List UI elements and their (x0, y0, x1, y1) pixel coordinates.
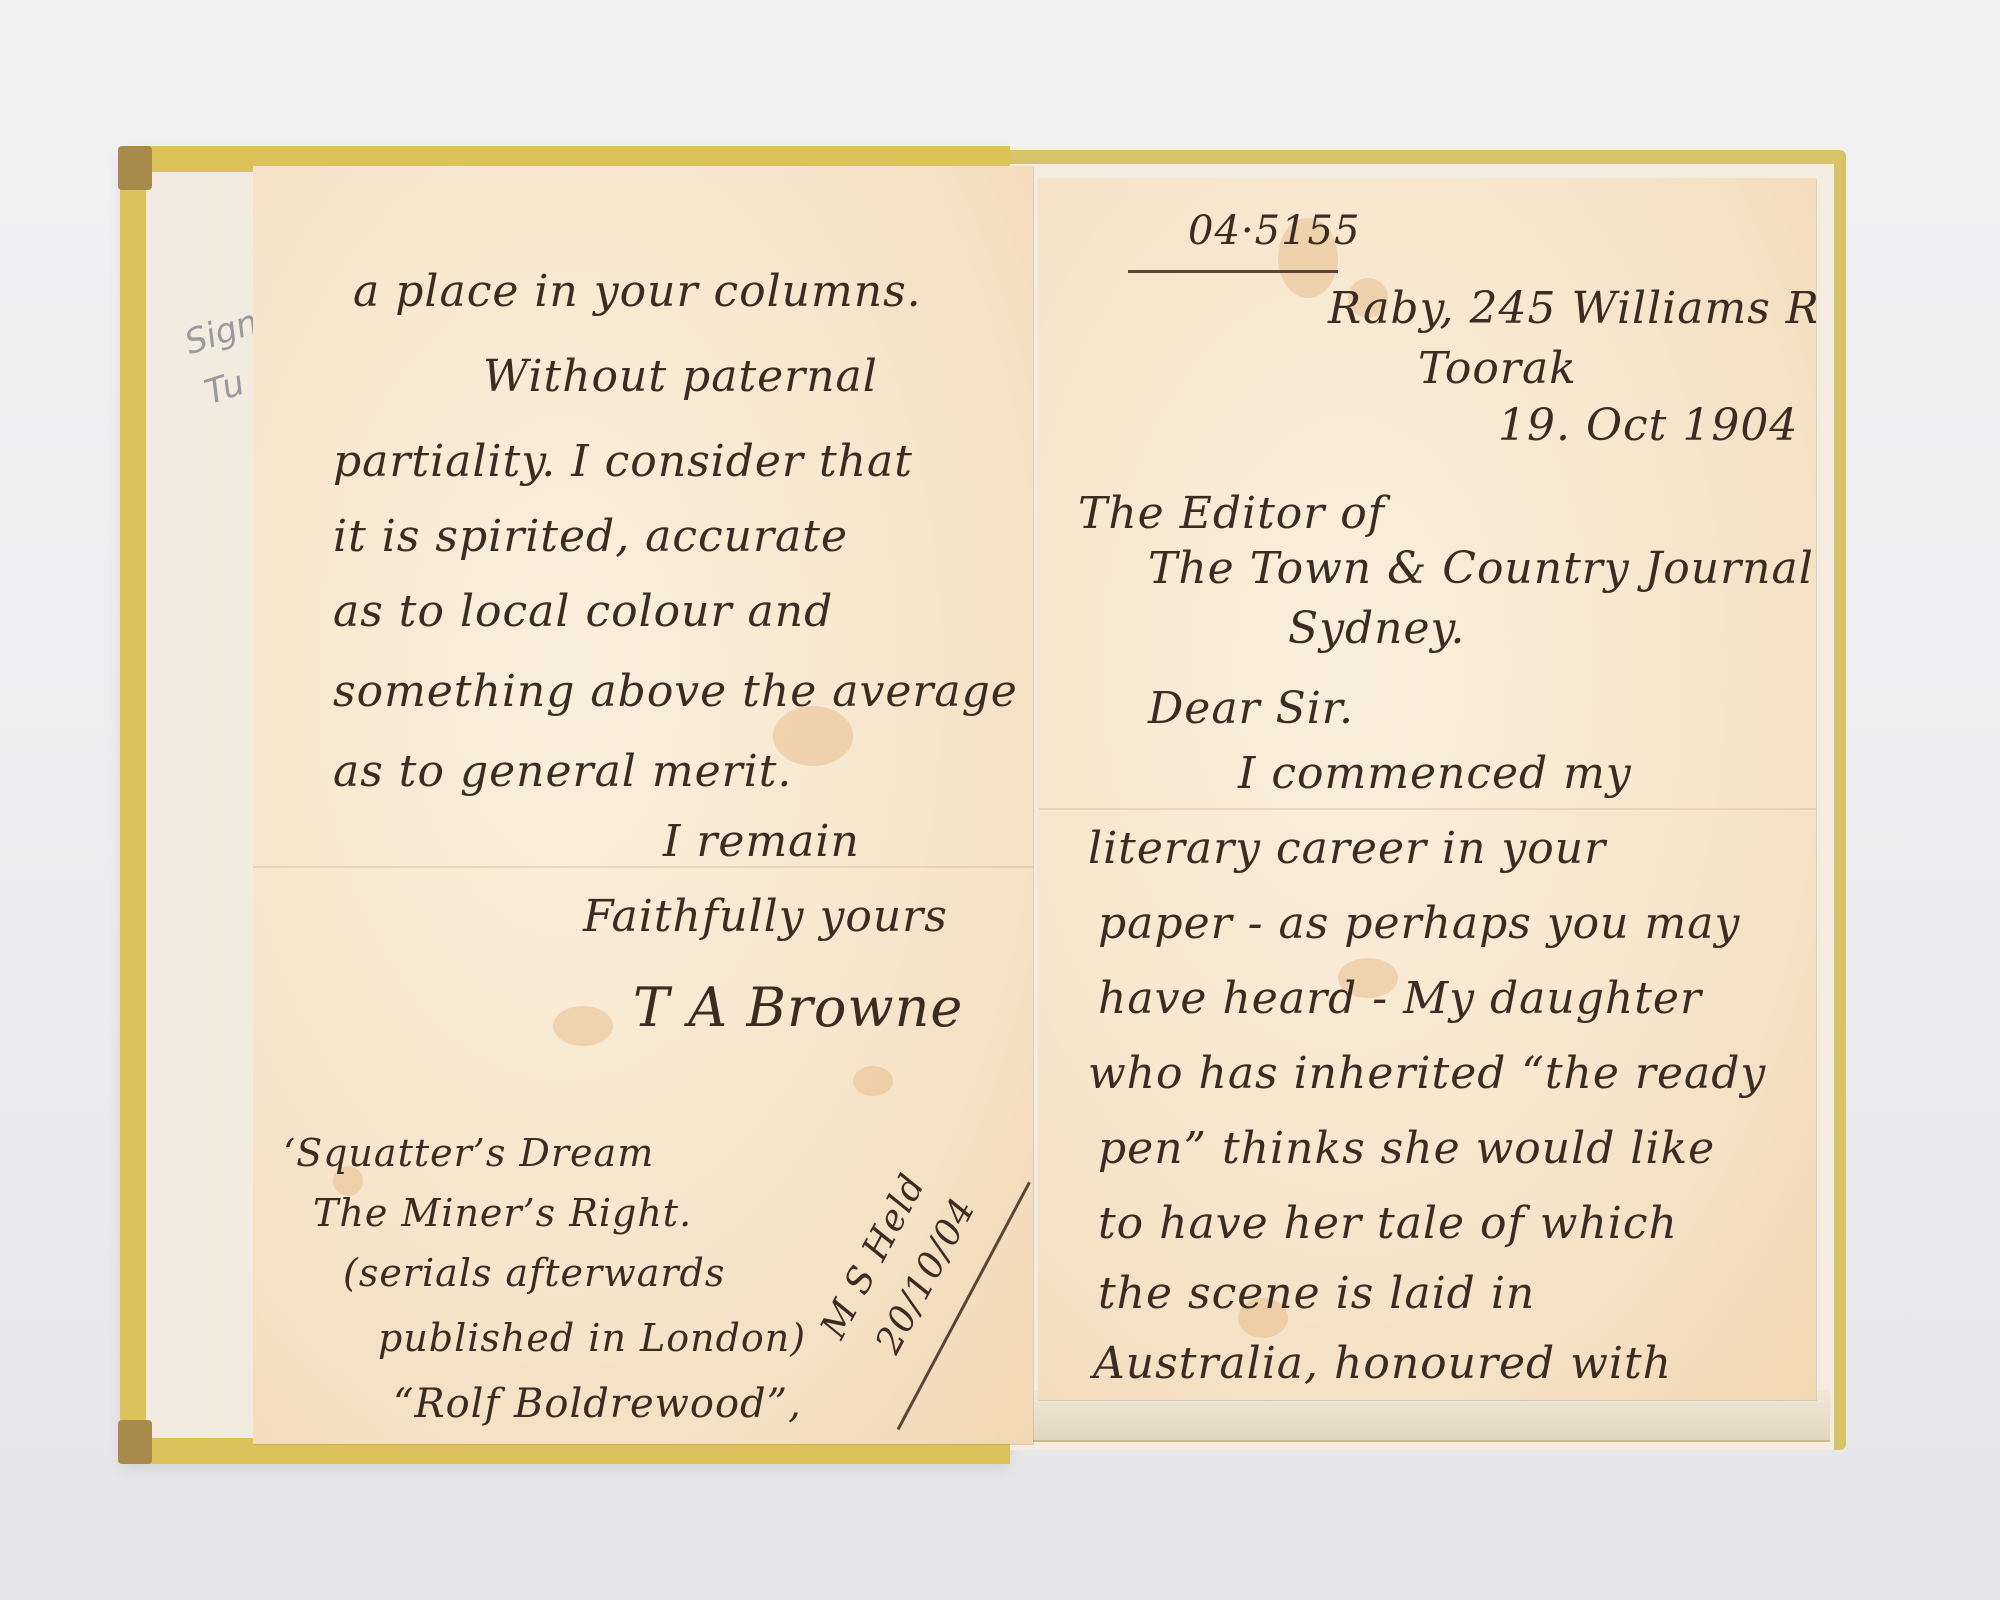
letter-line: Without paternal (483, 351, 878, 402)
letter-line: paper - as perhaps you may (1098, 898, 1740, 949)
fold-line (1038, 808, 1816, 810)
letter-line: as to general merit. (333, 746, 792, 797)
recipient-line: The Editor of (1078, 488, 1385, 539)
foxing-spot (853, 1066, 893, 1096)
address-line: Toorak (1418, 343, 1577, 394)
signature: T A Browne (633, 976, 963, 1039)
letter-line: I commenced my (1238, 748, 1632, 799)
letter-line: something above the average (333, 666, 1018, 717)
foxing-spot (553, 1006, 613, 1046)
fold-line (253, 866, 1033, 868)
letter-line: to have her tale of which (1098, 1198, 1678, 1249)
closing-line: I remain (663, 816, 860, 867)
letter-page-right: 04·5155 Raby, 245 Williams Road Toorak 1… (1038, 178, 1816, 1400)
letter-line: a place in your columns. (353, 266, 922, 317)
letter-line: as to local colour and (333, 586, 833, 637)
letter-line: the scene is laid in (1098, 1268, 1535, 1319)
letter-page-left: a place in your columns. Without paterna… (253, 166, 1033, 1444)
annotation-line: The Miner’s Right. (313, 1191, 692, 1235)
letter-line: literary career in your (1088, 823, 1606, 874)
worn-corner-bottom-left (118, 1420, 152, 1464)
letter-line: partiality. I consider that (333, 436, 913, 487)
recipient-line: Sydney. (1288, 603, 1466, 654)
letter-line: who has inherited “the ready (1088, 1048, 1766, 1099)
annotation-line: “Rolf Boldrewood”, (393, 1381, 802, 1427)
reference-underline (1128, 270, 1338, 273)
letter-line: pen” thinks she would like (1098, 1123, 1715, 1174)
recipient-line: The Town & Country Journal (1148, 543, 1814, 594)
annotation-line: ‘Squatter’s Dream (283, 1131, 654, 1175)
reference-number: 04·5155 (1188, 208, 1360, 254)
closing-line: Faithfully yours (583, 891, 948, 942)
annotation-line: (serials afterwards (343, 1251, 725, 1295)
letter-line: it is spirited, accurate (333, 511, 848, 562)
letter-line: Australia, honoured with (1093, 1338, 1672, 1389)
annotation-line: published in London) (378, 1316, 806, 1360)
letter-line: have heard - My daughter (1098, 973, 1702, 1024)
worn-corner-top-left (118, 146, 152, 190)
date-line: 19. Oct 1904 (1498, 400, 1798, 451)
salutation: Dear Sir. (1148, 683, 1354, 734)
address-line: Raby, 245 Williams Road (1328, 283, 1816, 334)
open-book: Sign Tu a place in your columns. Without… (0, 0, 2000, 1600)
